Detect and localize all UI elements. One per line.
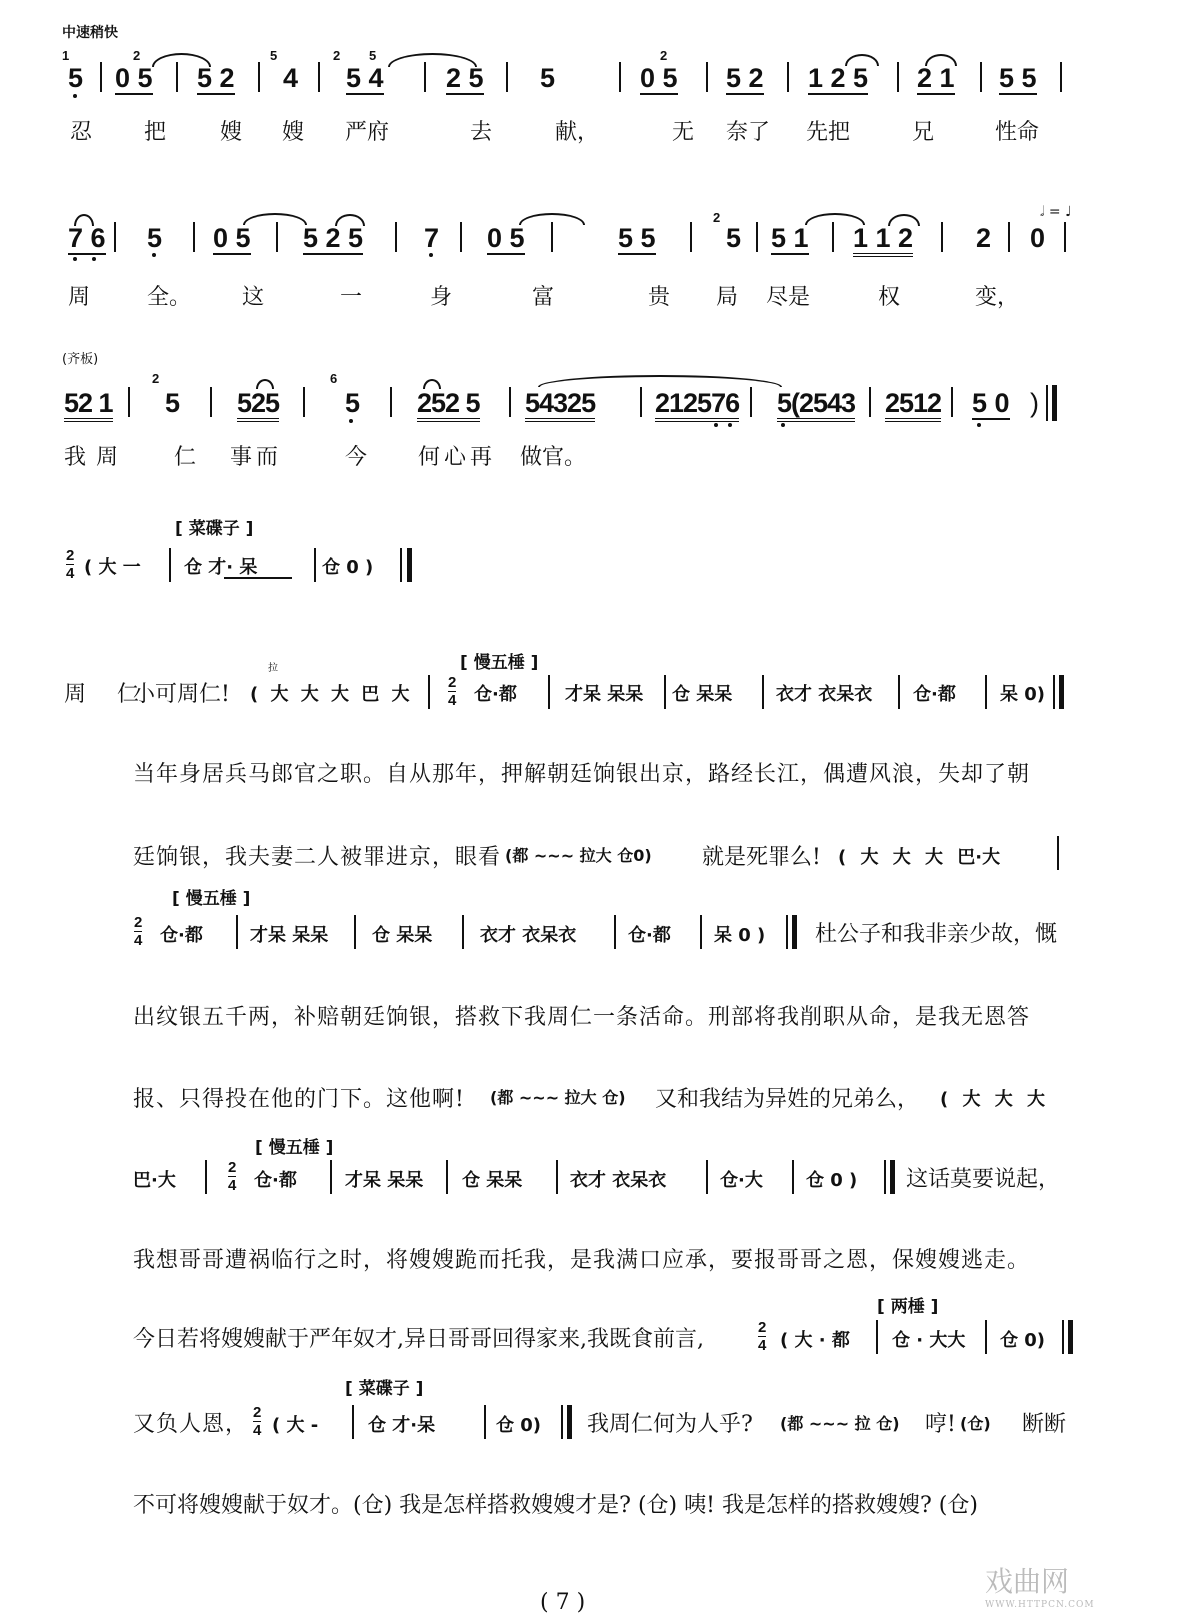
final-barline — [890, 1160, 895, 1194]
barline — [100, 62, 102, 92]
dialogue-text: 我周仁何为人乎? — [587, 1407, 753, 1438]
barline — [114, 222, 116, 252]
time-signature: 24 — [448, 675, 456, 708]
dialogue-text: 当年身居兵马郎官之职。自从那年，押解朝廷饷银出京，路经长江，偶遭风浪，失却了朝 — [133, 757, 1030, 788]
barline — [428, 675, 430, 709]
perc-beat: 仓 呆呆 — [372, 921, 432, 947]
barline — [236, 915, 238, 949]
dialogue-text: 不可将嫂嫂献于奴才。(仓) 我是怎样搭救嫂嫂才是? (仓) 咦! 我是怎样的搭救… — [133, 1488, 978, 1519]
score-system-2: 7 6 5 0 5 5 2 5 7 0 5 5 5 2 5 5 1 1 1 2 … — [0, 220, 1181, 280]
octave-dot — [152, 253, 156, 257]
barline — [876, 1320, 878, 1354]
octave-dot — [349, 419, 353, 423]
final-barline — [1062, 1320, 1064, 1354]
perc-beat: 仓 呆呆 — [672, 680, 732, 706]
note: 5 — [540, 63, 555, 93]
final-barline — [400, 548, 402, 582]
final-barline — [567, 1405, 572, 1439]
lyric: 献， — [555, 115, 599, 146]
barline — [756, 222, 758, 252]
lyrics-line-3: 我周 仁 事而 今 何心再 做官。 — [0, 440, 1181, 500]
perc-insert: ( 大 大 大 巴·大 — [838, 843, 1000, 869]
note: 525 — [237, 388, 279, 422]
lyric: 何心再 — [418, 440, 496, 471]
note: 2 1 — [917, 63, 955, 95]
section-label: [ 两棰 ] — [877, 1292, 938, 1317]
note: 5 2 — [726, 63, 764, 95]
dialogue-text: 哼! — [925, 1407, 956, 1438]
lyric: 把 — [144, 115, 166, 146]
tie — [243, 213, 307, 225]
barline — [690, 222, 692, 252]
barline — [706, 62, 708, 92]
note: 212576 — [655, 388, 739, 422]
section-label: [ 慢五棰 ] — [460, 648, 538, 673]
dialogue-line-6: 报、只得投在他的门下。这他啊! (都 ~~~ 拉大 仓) 又和我结为异姓的兄弟么… — [0, 1082, 1181, 1142]
lyric: 一 — [340, 280, 362, 311]
note: 0 5 — [487, 223, 525, 255]
dialogue-line-7: 巴·大 24 仓·都 才呆 呆呆 仓 呆呆 衣才 衣呆衣 仓·大 仓 0 ) 这… — [0, 1160, 1181, 1220]
barline — [985, 675, 987, 709]
final-barline — [407, 548, 412, 582]
perc-beat: ( 大 一 — [84, 553, 141, 579]
barline — [506, 62, 508, 92]
slur — [256, 379, 274, 389]
slur — [74, 214, 94, 226]
lyric: 忍 — [70, 115, 92, 146]
lyric: 事而 — [230, 440, 282, 471]
grace-note: 5 — [369, 50, 376, 62]
barline — [314, 548, 316, 582]
barline — [128, 387, 130, 417]
note: 5 — [68, 63, 83, 93]
dialogue-text: 廷饷银，我夫妻二人被罪进京，眼看 — [133, 840, 501, 871]
barline — [424, 62, 426, 92]
dialogue-line-10: 又负人恩， 24 ( 大 - 仓 才·呆 仓 0) 我周仁何为人乎? (都 ~~… — [0, 1405, 1181, 1465]
final-barline — [561, 1405, 563, 1439]
lyric: 嫂 — [220, 115, 242, 146]
note: 5 5 — [999, 63, 1037, 95]
grace-note: 2 — [713, 212, 720, 224]
note: 0 — [1030, 223, 1045, 253]
note: 4 — [283, 63, 298, 93]
lyric: 变， — [975, 280, 1019, 311]
time-signature: 24 — [228, 1160, 236, 1193]
lyric: 奈了 — [726, 115, 770, 146]
lyric: 兄 — [912, 115, 934, 146]
note: 7 — [424, 223, 439, 253]
note: 2 — [976, 223, 991, 253]
perc-beat: 仓·都 — [160, 921, 203, 947]
note: 52 1 — [64, 388, 113, 422]
grace-mark: 拉 — [268, 659, 278, 674]
barline — [1060, 62, 1062, 92]
grace-note: 2 — [660, 50, 667, 62]
barline — [762, 675, 764, 709]
perc-beat: 仓·都 — [474, 680, 517, 706]
note: 5 1 — [771, 223, 809, 255]
grace-note: 2 — [133, 50, 140, 62]
note: 54325 — [525, 388, 595, 422]
slur — [335, 214, 365, 226]
barline — [548, 675, 550, 709]
perc-beat: 衣才 衣呆衣 — [480, 921, 576, 947]
dialogue-text: 断断 — [1022, 1407, 1066, 1438]
tie — [538, 375, 782, 387]
lyric: 仁 — [174, 440, 196, 471]
barline — [318, 62, 320, 92]
perc-insert: (仓) — [960, 1411, 991, 1434]
note: 2512 — [885, 388, 941, 422]
perc-beat: ( 大 - — [272, 1411, 318, 1437]
watermark-logo: 戏曲网 WWW.HTTPCN.COM — [985, 1560, 1095, 1610]
barline — [619, 62, 621, 92]
grace-note: 1 — [62, 50, 69, 62]
perc-beat: 仓 · 大大 — [892, 1326, 965, 1352]
dialogue-text: 又负人恩， — [133, 1407, 248, 1438]
perc-beat: 衣才 衣呆衣 — [776, 680, 872, 706]
perc-insert: (都 ~~~ 拉大 仓0) — [505, 843, 652, 866]
lyrics-line-2: 周 全。 这 一 身 富 贵 局 尽是 权 变， — [0, 280, 1181, 340]
perc-beat: 仓·都 — [628, 921, 671, 947]
barline — [176, 62, 178, 92]
section-label: [ 菜碟子 ] — [345, 1374, 423, 1399]
barline — [484, 1405, 486, 1439]
section-label: [ 慢五棰 ] — [172, 884, 250, 909]
section-label: [ 慢五棰 ] — [255, 1133, 333, 1158]
dialogue-text: 今日若将嫂嫂献于严年奴才,异日哥哥回得家来,我既食前言, — [133, 1322, 704, 1353]
dialogue-text: 就是死罪么! — [702, 840, 821, 871]
octave-dot — [73, 257, 77, 261]
final-barline — [1046, 385, 1048, 421]
barline — [169, 548, 171, 582]
lyric: 贵 — [648, 280, 670, 311]
barline — [551, 222, 553, 252]
barline — [941, 222, 943, 252]
barline — [985, 1320, 987, 1354]
barline — [462, 915, 464, 949]
barline — [792, 1160, 794, 1194]
barline — [354, 915, 356, 949]
perc-intro: ( 大 大 大 巴 大 — [250, 680, 410, 706]
final-barline — [1059, 675, 1064, 709]
note: 7 6 — [68, 223, 106, 255]
dialogue-line-4: 24 仓·都 才呆 呆呆 仓 呆呆 衣才 衣呆衣 仓·都 呆 0 ) 杜公子和我… — [0, 915, 1181, 975]
perc-beat: 呆 0) — [1000, 680, 1045, 706]
dialogue-text: 这话莫要说起， — [906, 1162, 1060, 1193]
dialogue-text: 我想哥哥遭祸临行之时，将嫂嫂跪而托我，是我满口应承，要报哥哥之恩，保嫂嫂逃走。 — [133, 1243, 1030, 1274]
note: 2 5 — [446, 63, 484, 95]
lyric: 局 — [716, 280, 738, 311]
dialogue-line-1: 周 仁 小可周仁! 拉 ( 大 大 大 巴 大 24 仓·都 才呆 呆呆 仓 呆… — [0, 675, 1181, 735]
octave-dot — [714, 423, 718, 427]
time-signature: 24 — [66, 548, 74, 581]
barline — [1057, 836, 1059, 870]
slur — [423, 379, 441, 389]
note: 5 — [147, 223, 162, 253]
lyric: 尽是 — [766, 280, 810, 311]
octave-dot — [977, 423, 981, 427]
perc-beat: 才呆 呆呆 — [250, 921, 328, 947]
perc-beat: 仓 0 ) — [322, 553, 373, 579]
perc-beat: 巴·大 — [133, 1166, 176, 1192]
barline — [700, 915, 702, 949]
note: 5 — [165, 388, 180, 418]
dialogue-text: 出纹银五千两，补赔朝廷饷银，搭救下我周仁一条活命。刑部将我削职从命，是我无恩答 — [133, 1000, 1030, 1031]
perc-beat: 仓·都 — [254, 1166, 297, 1192]
barline — [787, 62, 789, 92]
grace-note: 2 — [333, 50, 340, 62]
page-number: ( 7 ) — [540, 1590, 585, 1614]
slur — [925, 54, 957, 66]
rhythm-marking: (齐板) — [62, 348, 98, 367]
lyric: 身 — [430, 280, 452, 311]
barline — [869, 387, 871, 417]
note: 5 0 — [972, 388, 1010, 420]
dialogue-text: 又和我结为异姓的兄弟么， — [655, 1082, 919, 1113]
note: 5 2 — [197, 63, 235, 95]
barline — [897, 62, 899, 92]
percussion-line-1: 24 ( 大 一 仓 才· 呆 仓 0 ) — [0, 548, 1181, 608]
watermark-text: 戏曲网 — [985, 1565, 1069, 1598]
lyric: 我周 — [64, 440, 128, 471]
perc-beat: 才呆 呆呆 — [345, 1166, 423, 1192]
final-barline — [1053, 675, 1055, 709]
lyric: 严府 — [345, 115, 389, 146]
perc-beat: 仓 才· 呆 — [184, 553, 257, 579]
barline — [664, 675, 666, 709]
close-paren: ) — [1030, 388, 1039, 418]
barline — [898, 675, 900, 709]
barline — [258, 62, 260, 92]
octave-dot — [429, 253, 433, 257]
barline — [750, 387, 752, 417]
dialogue-text: 杜公子和我非亲少故，慨 — [815, 917, 1057, 948]
lyric: 去 — [470, 115, 492, 146]
octave-dot — [781, 423, 785, 427]
lyric: 嫂 — [282, 115, 304, 146]
lyric: 这 — [242, 280, 264, 311]
score-system-3: 52 1 2 5 525 6 5 252 5 54325 212576 5(25… — [0, 385, 1181, 445]
final-barline — [792, 915, 797, 949]
barline — [446, 1160, 448, 1194]
note: 5 4 — [346, 63, 384, 95]
note: 5(2543 — [777, 388, 855, 422]
watermark-url: WWW.HTTPCN.COM — [985, 1600, 1095, 1610]
barline — [330, 1160, 332, 1194]
note: 1 1 2 — [853, 223, 913, 257]
barline — [352, 1405, 354, 1439]
barline — [1064, 222, 1066, 252]
barline — [210, 387, 212, 417]
perc-insert: ( 大 大 大 — [940, 1085, 1045, 1111]
perc-beat: 仓 呆呆 — [462, 1166, 522, 1192]
grace-note: 6 — [330, 373, 337, 385]
note: 5 5 — [618, 223, 656, 255]
barline — [303, 387, 305, 417]
lyric: 性命 — [995, 115, 1039, 146]
note: 0 5 — [213, 223, 251, 255]
note: 5 2 5 — [303, 223, 363, 255]
octave-dot — [92, 257, 96, 261]
barline — [395, 222, 397, 252]
time-signature: 24 — [134, 915, 142, 948]
section-label: [ 菜碟子 ] — [175, 514, 253, 539]
note: 5 — [726, 223, 741, 253]
grace-note: 2 — [152, 373, 159, 385]
note: 5 — [345, 388, 360, 418]
barline — [460, 222, 462, 252]
barline — [556, 1160, 558, 1194]
slur — [888, 214, 920, 226]
lyric: 今 — [345, 440, 367, 471]
note: 1 2 5 — [808, 63, 868, 95]
barline — [640, 387, 642, 417]
barline — [832, 222, 834, 252]
lyric: 富 — [532, 280, 554, 311]
speech: 小可周仁! — [133, 677, 230, 708]
final-barline — [1068, 1320, 1073, 1354]
note: 252 5 — [417, 388, 480, 422]
octave-dot — [73, 94, 77, 98]
barline — [276, 222, 278, 252]
lyrics-line-1: 忍 把 嫂 嫂 严府 去 献， 无 奈了 先把 兄 性命 — [0, 115, 1181, 175]
final-barline — [1052, 385, 1057, 421]
perc-beat: ( 大 · 都 — [780, 1326, 850, 1352]
dialogue-text: 报、只得投在他的门下。这他啊! — [133, 1082, 465, 1113]
perc-beat: 仓 0) — [496, 1411, 541, 1437]
perc-insert: (都 ~~~ 拉大 仓) — [490, 1085, 626, 1108]
barline — [614, 915, 616, 949]
barline — [980, 62, 982, 92]
perc-insert: (都 ~~~ 拉 仓) — [780, 1411, 900, 1434]
tempo-marking: 中速稍快 — [62, 22, 118, 42]
note: 0 5 — [640, 63, 678, 95]
perc-beat: 仓 0 ) — [806, 1166, 857, 1192]
beat-underline — [224, 577, 292, 579]
perc-beat: 呆 0 ) — [714, 921, 765, 947]
perc-beat: 仓·都 — [913, 680, 956, 706]
barline — [193, 222, 195, 252]
lyric: 周 — [68, 280, 90, 311]
lyric: 先把 — [806, 115, 850, 146]
lyric: 无 — [672, 115, 694, 146]
lyric: 权 — [878, 280, 900, 311]
time-signature: 24 — [758, 1320, 766, 1353]
note: 0 5 — [115, 63, 153, 95]
slur — [845, 54, 879, 66]
perc-beat: 才呆 呆呆 — [565, 680, 643, 706]
perc-beat: 仓 才·呆 — [368, 1411, 435, 1437]
octave-dot — [728, 423, 732, 427]
barline — [1008, 222, 1010, 252]
dialogue-line-9: 今日若将嫂嫂献于严年奴才,异日哥哥回得家来,我既食前言, 24 ( 大 · 都 … — [0, 1320, 1181, 1380]
score-system-1: 1 5 2 0 5 5 2 5 4 2 5 5 4 2 5 5 2 0 5 5 … — [0, 50, 1181, 110]
final-barline — [786, 915, 788, 949]
perc-beat: 仓·大 — [720, 1166, 763, 1192]
time-signature: 24 — [253, 1405, 261, 1438]
perc-beat: 衣才 衣呆衣 — [570, 1166, 666, 1192]
barline — [706, 1160, 708, 1194]
lyric: 全。 — [147, 280, 191, 311]
barline — [951, 387, 953, 417]
tempo-change: 𝅗𝅥 = ♩ — [1040, 204, 1072, 220]
perc-beat: 仓 0) — [1000, 1326, 1045, 1352]
lyric: 做官。 — [520, 440, 586, 471]
final-barline — [884, 1160, 886, 1194]
grace-note: 5 — [270, 50, 277, 62]
barline — [390, 387, 392, 417]
barline — [205, 1160, 207, 1194]
barline — [509, 387, 511, 417]
